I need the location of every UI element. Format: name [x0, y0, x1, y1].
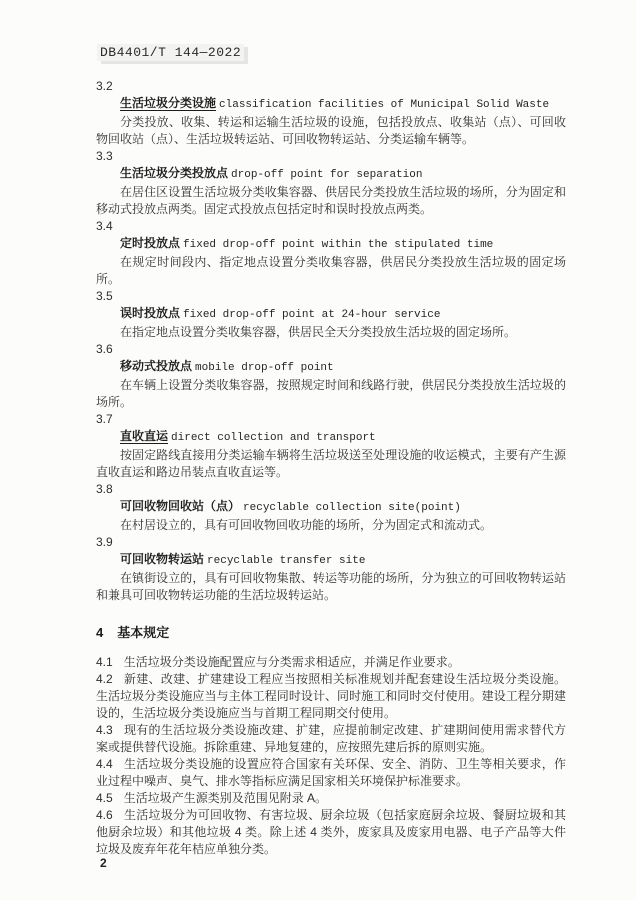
term-definition: 在居住区设置生活垃圾分类收集容器、供居民分类投放生活垃圾的场所，分为固定和移动式…	[96, 184, 566, 218]
clause-4-4: 4.4生活垃圾分类设施的设置应符合国家有关环保、安全、消防、卫生等相关要求，作业…	[96, 756, 566, 790]
term-number: 3.3	[96, 148, 566, 165]
term-title-en: drop-off point for separation	[231, 169, 422, 181]
term-definition: 在车辆上设置分类收集容器，按照规定时间和线路行驶，供居民分类投放生活垃圾的场所。	[96, 377, 566, 411]
term-number: 3.5	[96, 288, 566, 305]
clause-text: 新建、改建、扩建建设工程应当按照相关标准规划并配套建设生活垃圾分类设施。生活垃圾…	[96, 672, 566, 720]
term-title-en: recyclable transfer site	[207, 555, 365, 567]
term-title-en: fixed drop-off point within the stipulat…	[183, 239, 493, 251]
term-entry-3-7: 3.7 直收直运direct collection and transport …	[96, 411, 566, 481]
term-title: 可回收物转运站recyclable transfer site	[96, 551, 566, 570]
term-number: 3.7	[96, 411, 566, 428]
clause-number: 4.4	[96, 757, 124, 771]
term-entry-3-4: 3.4 定时投放点fixed drop-off point within the…	[96, 218, 566, 288]
term-title-en: recyclable collection site(point)	[243, 502, 461, 514]
section-title: 基本规定	[117, 625, 169, 640]
term-entry-3-2: 3.2 生活垃圾分类设施classification facilities of…	[96, 78, 566, 148]
clause-text: 现有的生活垃圾分类设施改建、扩建，应提前制定改建、扩建期间使用需求替代方案或提供…	[96, 723, 566, 754]
clause-4-2: 4.2新建、改建、扩建建设工程应当按照相关标准规划并配套建设生活垃圾分类设施。生…	[96, 671, 566, 722]
page-number: 2	[100, 856, 107, 870]
term-title: 生活垃圾分类投放点drop-off point for separation	[96, 165, 566, 184]
term-number: 3.9	[96, 534, 566, 551]
term-title: 误时投放点fixed drop-off point at 24-hour ser…	[96, 305, 566, 324]
term-title-zh: 直收直运	[120, 429, 168, 443]
section-number: 4	[96, 625, 103, 640]
term-title-zh: 定时投放点	[120, 236, 180, 250]
clause-4-3: 4.3现有的生活垃圾分类设施改建、扩建，应提前制定改建、扩建期间使用需求替代方案…	[96, 722, 566, 756]
term-definition: 分类投放、收集、转运和运输生活垃圾的设施，包括投放点、收集站（点）、可回收物回收…	[96, 114, 566, 148]
clause-number: 4.2	[96, 672, 124, 686]
term-entry-3-3: 3.3 生活垃圾分类投放点drop-off point for separati…	[96, 148, 566, 218]
clause-number: 4.1	[96, 655, 124, 669]
term-title-zh: 可回收物转运站	[120, 552, 204, 566]
term-title-zh: 可回收物回收站（点）	[120, 499, 240, 513]
term-entry-3-5: 3.5 误时投放点fixed drop-off point at 24-hour…	[96, 288, 566, 341]
term-title-en: mobile drop-off point	[195, 362, 334, 374]
term-entry-3-9: 3.9 可回收物转运站recyclable transfer site 在镇街设…	[96, 534, 566, 604]
term-entry-3-6: 3.6 移动式投放点mobile drop-off point 在车辆上设置分类…	[96, 341, 566, 411]
clause-text: 生活垃圾产生源类别及范围见附录 A。	[124, 791, 327, 805]
term-definition: 在指定地点设置分类收集容器，供居民全天分类投放生活垃圾的固定场所。	[96, 324, 566, 341]
clause-number: 4.6	[96, 808, 124, 822]
term-title-en: fixed drop-off point at 24-hour service	[183, 309, 440, 321]
term-title: 生活垃圾分类设施classification facilities of Mun…	[96, 95, 566, 114]
term-title: 移动式投放点mobile drop-off point	[96, 358, 566, 377]
term-title-zh: 生活垃圾分类设施	[120, 96, 216, 110]
page-content: 3.2 生活垃圾分类设施classification facilities of…	[96, 78, 566, 858]
clause-4-5: 4.5生活垃圾产生源类别及范围见附录 A。	[96, 790, 566, 807]
term-title-zh: 误时投放点	[120, 306, 180, 320]
term-title-zh: 生活垃圾分类投放点	[120, 166, 228, 180]
term-title: 定时投放点fixed drop-off point within the sti…	[96, 235, 566, 254]
clause-text: 生活垃圾分类设施的设置应符合国家有关环保、安全、消防、卫生等相关要求，作业过程中…	[96, 757, 566, 788]
standard-document-page: DB4401/T 144—2022 3.2 生活垃圾分类设施classifica…	[0, 0, 636, 900]
term-title-zh: 移动式投放点	[120, 359, 192, 373]
term-title: 可回收物回收站（点）recyclable collection site(poi…	[96, 498, 566, 517]
term-definition: 在规定时间段内、指定地点设置分类收集容器，供居民分类投放生活垃圾的固定场所。	[96, 254, 566, 288]
clause-text: 生活垃圾分为可回收物、有害垃圾、厨余垃圾（包括家庭厨余垃圾、餐厨垃圾和其他厨余垃…	[96, 808, 566, 856]
term-definition: 按固定路线直接用分类运输车辆将生活垃圾送至处理设施的收运模式，主要有产生源直收直…	[96, 447, 566, 481]
clause-text: 生活垃圾分类设施配置应与分类需求相适应，并满足作业要求。	[124, 655, 460, 669]
term-title-en: direct collection and transport	[171, 432, 376, 444]
document-code-header: DB4401/T 144—2022	[97, 44, 244, 61]
term-entry-3-8: 3.8 可回收物回收站（点）recyclable collection site…	[96, 481, 566, 534]
term-title: 直收直运direct collection and transport	[96, 428, 566, 447]
term-number: 3.4	[96, 218, 566, 235]
term-definition: 在村居设立的，具有可回收物回收功能的场所，分为固定式和流动式。	[96, 517, 566, 534]
term-number: 3.2	[96, 78, 566, 95]
term-number: 3.8	[96, 481, 566, 498]
term-number: 3.6	[96, 341, 566, 358]
clause-number: 4.3	[96, 723, 124, 737]
section-heading: 4基本规定	[96, 624, 566, 641]
clause-4-1: 4.1生活垃圾分类设施配置应与分类需求相适应，并满足作业要求。	[96, 654, 566, 671]
clause-4-6: 4.6生活垃圾分为可回收物、有害垃圾、厨余垃圾（包括家庭厨余垃圾、餐厨垃圾和其他…	[96, 807, 566, 858]
clause-number: 4.5	[96, 791, 124, 805]
term-definition: 在镇街设立的，具有可回收物集散、转运等功能的场所，分为独立的可回收物转运站和兼具…	[96, 570, 566, 604]
term-title-en: classification facilities of Municipal S…	[219, 99, 549, 111]
